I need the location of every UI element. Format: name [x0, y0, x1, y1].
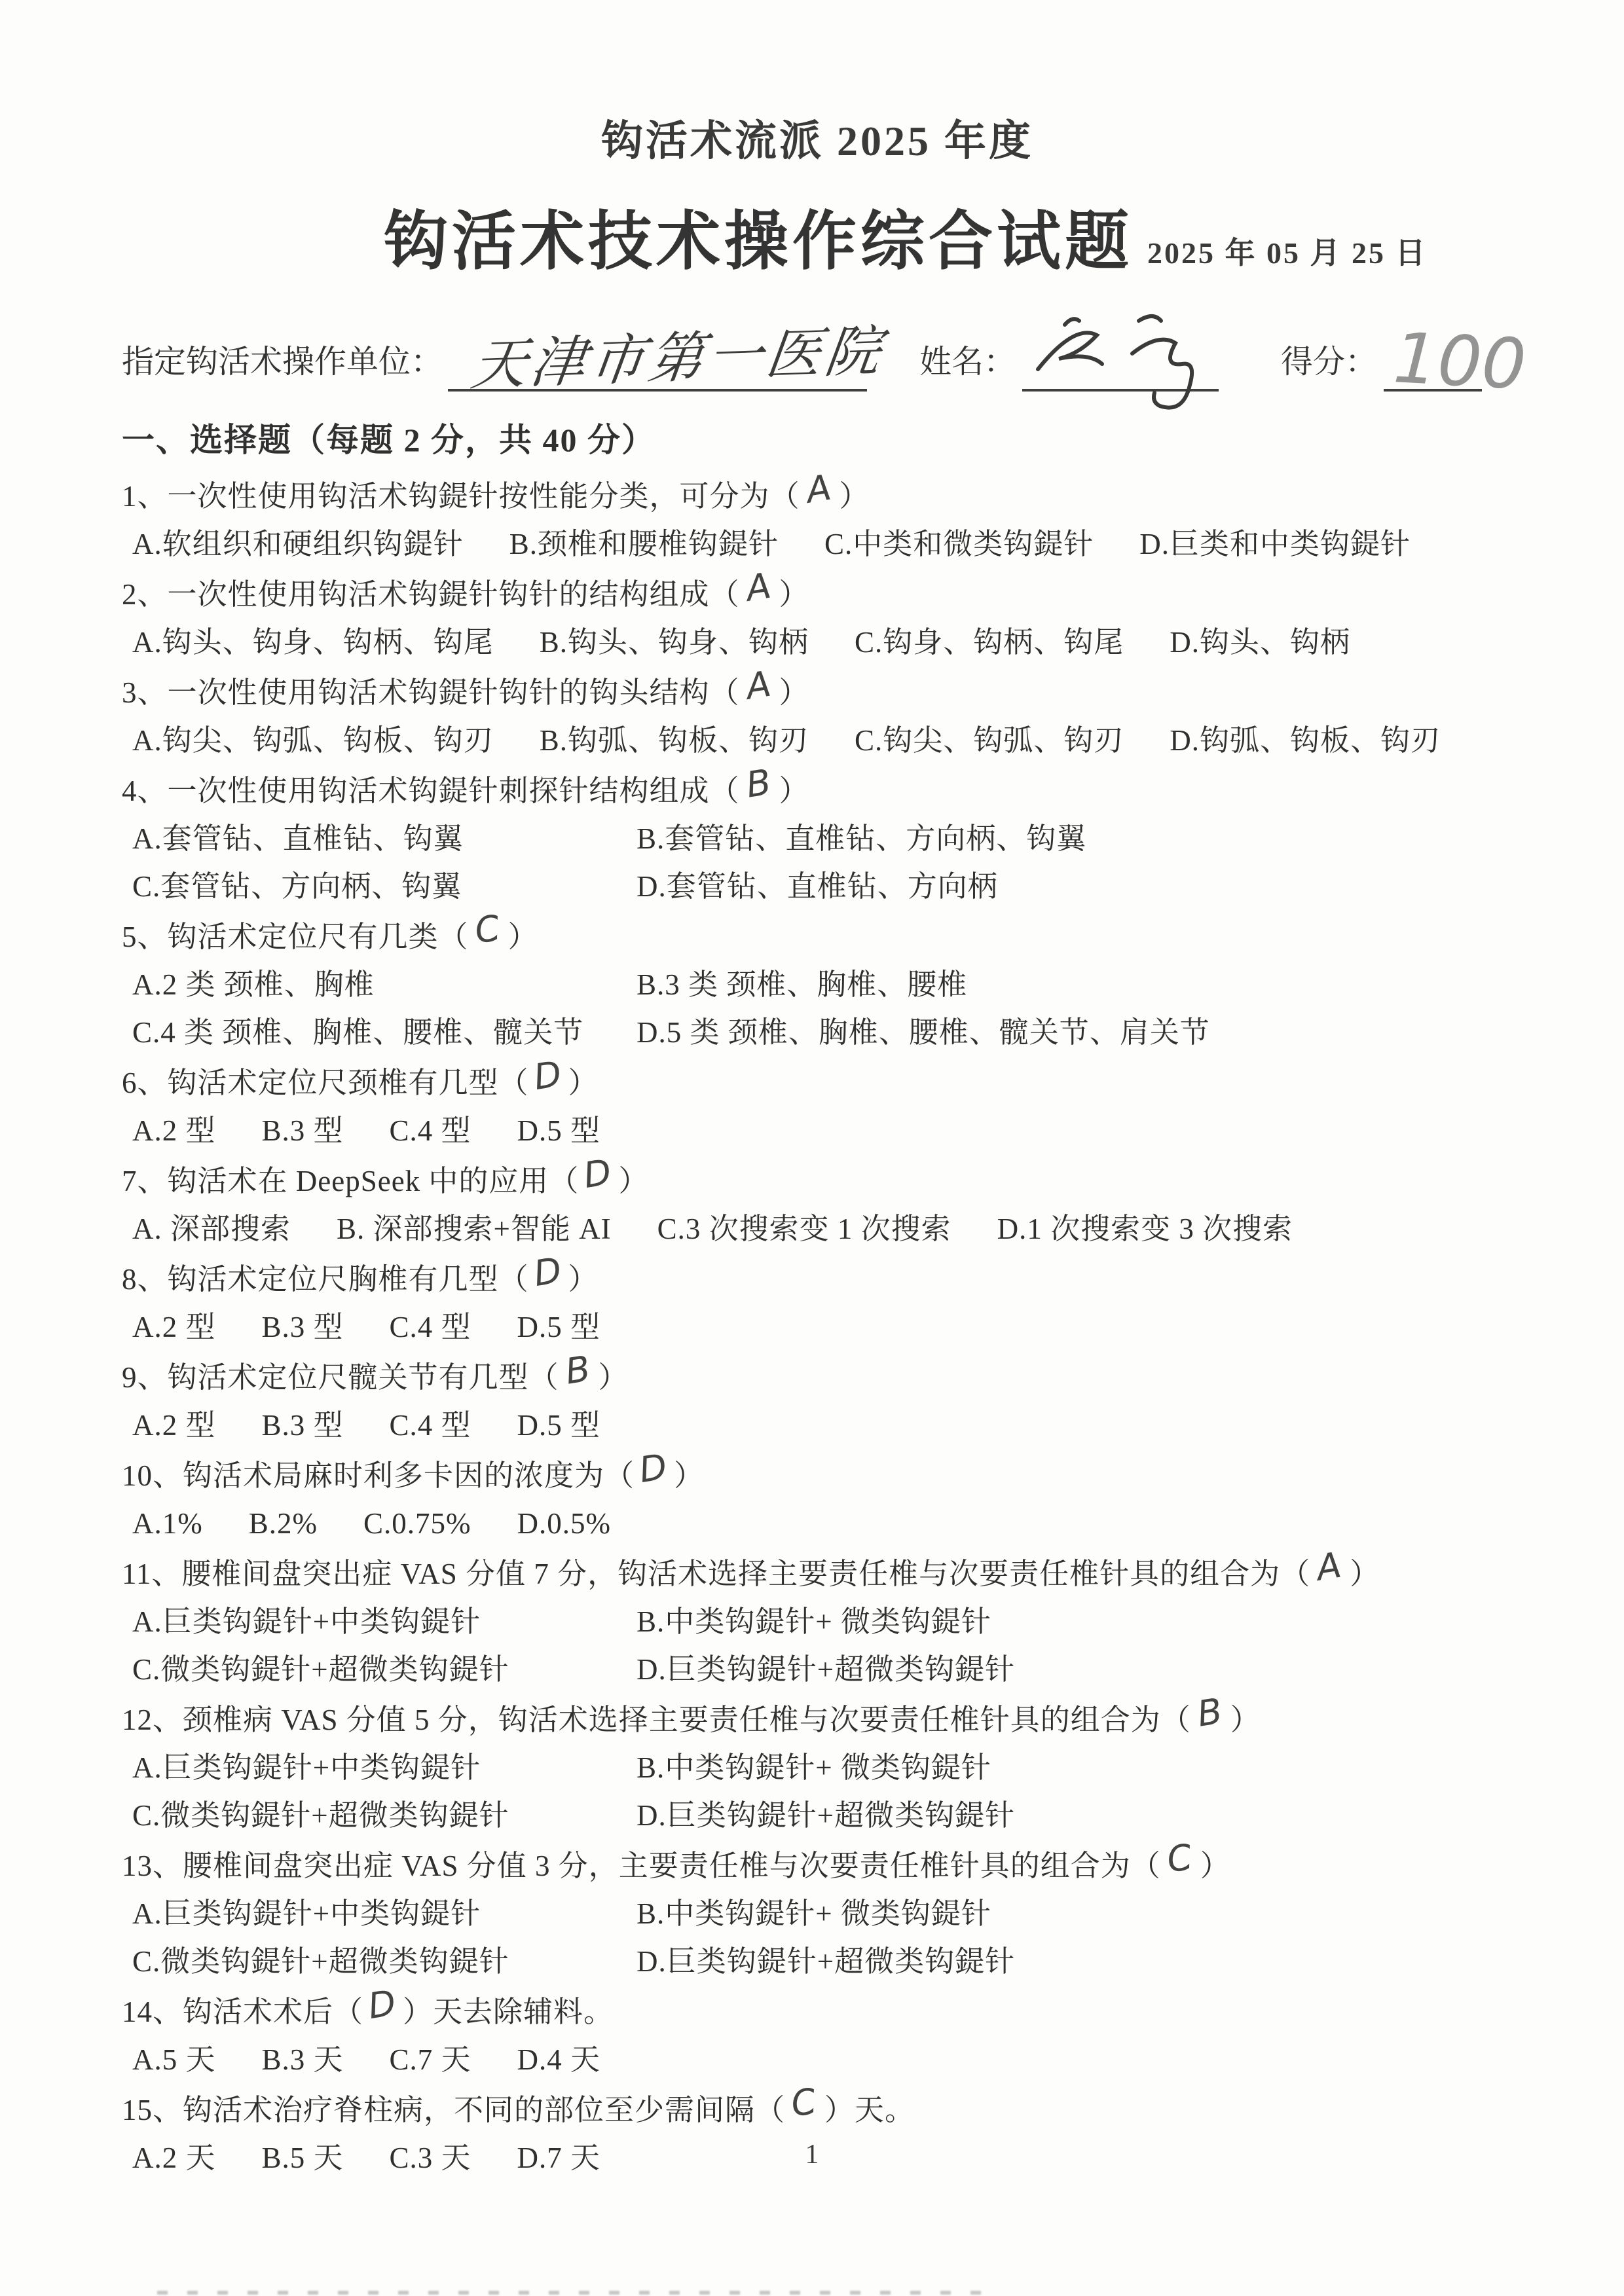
question-stem: 一次性使用钩活术钩鍉针钩针的结构组成（ [168, 578, 740, 611]
question-stem: 一次性使用钩活术钩鍉针按性能分类，可分为（ [168, 480, 800, 513]
option-row: A.1%B.2%C.0.75%D.0.5% [122, 1500, 1513, 1548]
question-number: 15、 [122, 2094, 183, 2126]
question-stem-line: 12、颈椎病 VAS 分值 5 分，钩活术选择主要责任椎与次要责任椎针具的组合为… [122, 1694, 1513, 1744]
option-row: A.钩尖、钩弧、钩板、钩刃B.钩弧、钩板、钩刃C.钩尖、钩弧、钩刃D.钩弧、钩板… [122, 717, 1513, 765]
exam-main-title: 钩活术技术操作综合试题 [384, 190, 1133, 282]
question-stem-line: 13、腰椎间盘突出症 VAS 分值 3 分，主要责任椎与次要责任椎针具的组合为（… [122, 1840, 1513, 1890]
question-number: 11、 [122, 1558, 181, 1590]
question-stem-line: 14、钩活术术后（D）天去除辅料。 [122, 1986, 1513, 2036]
question-stem-suffix: ） [779, 676, 809, 709]
question-item: 6、钩活术定位尺颈椎有几型（D） A.2 型B.3 型C.4 型D.5 型 [122, 1057, 1513, 1155]
option: A.5 天 [132, 2036, 216, 2084]
handwritten-answer: C [1156, 1832, 1203, 1885]
option: B.颈椎和腰椎钩鍉针 [509, 520, 779, 568]
question-item: 2、一次性使用钩活术钩鍉针钩针的结构组成（A） A.钩头、钩身、钩柄、钩尾B.钩… [122, 568, 1513, 666]
option-row: A.2 型B.3 型C.4 型D.5 型 [122, 1303, 1513, 1351]
question-number: 1、 [122, 480, 168, 513]
question-item: 1、一次性使用钩活术钩鍉针按性能分类，可分为（A） A.软组织和硬组织钩鍉针B.… [122, 470, 1513, 568]
question-stem: 钩活术治疗脊柱病，不同的部位至少需间隔（ [183, 2094, 785, 2126]
question-stem-line: 9、钩活术定位尺髋关节有几型（B） [122, 1351, 1513, 1402]
question-options: A.2 型B.3 型C.4 型D.5 型 [122, 1402, 1513, 1449]
question-stem: 钩活术局麻时利多卡因的浓度为（ [183, 1459, 635, 1492]
name-blank-line [1022, 333, 1219, 392]
question-number: 3、 [122, 676, 168, 709]
header-fields-row: 指定钩活术操作单位： 天津市第一医院 姓名： 得分： 100 [122, 313, 1513, 392]
question-stem-line: 15、钩活术治疗脊柱病，不同的部位至少需间隔（C）天。 [122, 2084, 1513, 2134]
question-number: 8、 [122, 1263, 168, 1296]
question-stem-suffix: ） [1230, 1704, 1261, 1736]
question-number: 2、 [122, 578, 168, 611]
question-number: 4、 [122, 774, 168, 807]
option: D.巨类和中类钩鍉针 [1139, 520, 1411, 568]
question-item: 3、一次性使用钩活术钩鍉针钩针的钩头结构（A） A.钩尖、钩弧、钩板、钩刃B.钩… [122, 666, 1513, 765]
question-item: 10、钩活术局麻时利多卡因的浓度为（D） A.1%B.2%C.0.75%D.0.… [122, 1449, 1513, 1548]
unit-label: 指定钩活术操作单位： [122, 333, 443, 392]
option: D.5 类 颈椎、胸椎、腰椎、髋关节、肩关节 [637, 1009, 1210, 1057]
option: D.套管钻、直椎钻、方向柄 [637, 863, 998, 911]
exam-date: 2025 年 05 月 25 日 [1147, 229, 1428, 272]
handwritten-answer: D [525, 1049, 571, 1102]
option: C.0.75% [363, 1500, 471, 1548]
handwritten-answer: A [796, 462, 842, 515]
option: A.巨类钩鍉针+中类钩鍉针 [132, 1744, 591, 1792]
option: B. 深部搜索+智能 AI [337, 1205, 612, 1253]
option: C.4 型 [390, 1303, 471, 1351]
handwritten-answer: A [735, 659, 782, 712]
option-row: A.巨类钩鍉针+中类钩鍉针B.中类钩鍉针+ 微类钩鍉针 [122, 1598, 1513, 1646]
question-number: 9、 [122, 1361, 168, 1394]
option: D.5 型 [517, 1402, 601, 1449]
question-item: 11、腰椎间盘突出症 VAS 分值 7 分，钩活术选择主要责任椎与次要责任椎针具… [122, 1548, 1513, 1694]
option: C.4 类 颈椎、胸椎、腰椎、髋关节 [132, 1009, 591, 1057]
question-number: 12、 [122, 1704, 183, 1736]
question-stem: 一次性使用钩活术钩鍉针刺探针结构组成（ [168, 774, 740, 807]
question-number: 10、 [122, 1459, 183, 1492]
question-stem-suffix: ） [779, 578, 809, 611]
option: D.1 次搜索变 3 次搜索 [997, 1205, 1293, 1253]
page-content: 钩活术流派 2025 年度 钩活术技术操作综合试题 2025 年 05 月 25… [122, 0, 1513, 2182]
score-label: 得分： [1281, 333, 1377, 392]
question-item: 9、钩活术定位尺髋关节有几型（B） A.2 型B.3 型C.4 型D.5 型 [122, 1351, 1513, 1449]
option: B.中类钩鍉针+ 微类钩鍉针 [637, 1598, 991, 1646]
handwritten-answer: B [1187, 1686, 1233, 1739]
option: B.3 型 [262, 1303, 344, 1351]
question-number: 6、 [122, 1066, 168, 1099]
next-page-bleed-line [157, 2291, 989, 2295]
option-row: A.套管钻、直椎钻、钩翼B.套管钻、直椎钻、方向柄、钩翼 [122, 815, 1513, 863]
handwritten-answer: D [525, 1245, 571, 1298]
option: D.巨类钩鍉针+超微类钩鍉针 [637, 1938, 1015, 1986]
question-stem-line: 7、钩活术在 DeepSeek 中的应用（D） [122, 1155, 1513, 1205]
option-row: A.2 型B.3 型C.4 型D.5 型 [122, 1402, 1513, 1449]
option: A.钩尖、钩弧、钩板、钩刃 [132, 717, 494, 765]
score-blank-line: 100 [1384, 333, 1482, 392]
question-stem-line: 5、钩活术定位尺有几类（C） [122, 911, 1513, 961]
name-signature [1029, 299, 1225, 429]
question-item: 12、颈椎病 VAS 分值 5 分，钩活术选择主要责任椎与次要责任椎针具的组合为… [122, 1694, 1513, 1840]
question-item: 14、钩活术术后（D）天去除辅料。 A.5 天B.3 天C.7 天D.4 天 [122, 1986, 1513, 2084]
option: B.3 型 [262, 1107, 344, 1155]
option-row: A.2 类 颈椎、胸椎B.3 类 颈椎、胸椎、腰椎 [122, 961, 1513, 1009]
option: C.微类钩鍉针+超微类钩鍉针 [132, 1792, 591, 1840]
question-stem: 钩活术在 DeepSeek 中的应用（ [168, 1165, 580, 1197]
option: A.1% [132, 1500, 203, 1548]
handwritten-answer: C [781, 2076, 827, 2129]
option: A. 深部搜索 [132, 1205, 291, 1253]
option: C.4 型 [390, 1402, 471, 1449]
question-options: A.巨类钩鍉针+中类钩鍉针B.中类钩鍉针+ 微类钩鍉针C.微类钩鍉针+超微类钩鍉… [122, 1598, 1513, 1694]
question-stem-suffix: ） [674, 1459, 704, 1492]
handwritten-answer: A [735, 560, 782, 613]
question-stem: 腰椎间盘突出症 VAS 分值 3 分，主要责任椎与次要责任椎针具的组合为（ [183, 1850, 1161, 1882]
question-item: 5、钩活术定位尺有几类（C） A.2 类 颈椎、胸椎B.3 类 颈椎、胸椎、腰椎… [122, 911, 1513, 1057]
option: A.2 型 [132, 1303, 216, 1351]
unit-handwriting: 天津市第一医院 [468, 306, 890, 401]
option-row: A.软组织和硬组织钩鍉针B.颈椎和腰椎钩鍉针C.中类和微类钩鍉针D.巨类和中类钩… [122, 520, 1513, 568]
question-stem-suffix: ） [779, 774, 809, 807]
question-stem-suffix: ） [508, 920, 538, 953]
section-heading: 一、选择题（每题 2 分，共 40 分） [122, 410, 1513, 470]
question-stem-line: 4、一次性使用钩活术钩鍉针刺探针结构组成（B） [122, 765, 1513, 815]
page-number: 1 [0, 2139, 1624, 2170]
question-stem: 腰椎间盘突出症 VAS 分值 7 分，钩活术选择主要责任椎与次要责任椎针具的组合… [181, 1558, 1310, 1590]
question-stem-suffix: ） [1200, 1850, 1230, 1882]
option-row: A.巨类钩鍉针+中类钩鍉针B.中类钩鍉针+ 微类钩鍉针 [122, 1744, 1513, 1792]
exam-paper-page: 钩活术流派 2025 年度 钩活术技术操作综合试题 2025 年 05 月 25… [0, 0, 1624, 2296]
question-stem-suffix: ） [599, 1361, 629, 1394]
question-stem: 钩活术定位尺髋关节有几型（ [168, 1361, 559, 1394]
question-number: 7、 [122, 1165, 168, 1197]
option: A.套管钻、直椎钻、钩翼 [132, 815, 591, 863]
question-stem: 钩活术术后（ [183, 1995, 363, 2028]
option: C.4 型 [390, 1107, 471, 1155]
question-stem-suffix: ） [568, 1066, 599, 1099]
option: D.巨类钩鍉针+超微类钩鍉针 [637, 1646, 1015, 1694]
handwritten-answer: D [359, 1978, 405, 2031]
option: D.钩弧、钩板、钩刃 [1170, 717, 1441, 765]
question-item: 8、钩活术定位尺胸椎有几型（D） A.2 型B.3 型C.4 型D.5 型 [122, 1253, 1513, 1351]
option: B.中类钩鍉针+ 微类钩鍉针 [637, 1744, 991, 1792]
question-stem-suffix: ） [618, 1165, 648, 1197]
option: D.巨类钩鍉针+超微类钩鍉针 [637, 1792, 1015, 1840]
option: C.套管钻、方向柄、钩翼 [132, 863, 591, 911]
option: C.7 天 [390, 2036, 471, 2084]
unit-blank-line: 天津市第一医院 [448, 333, 867, 392]
handwritten-answer: B [735, 757, 782, 810]
option-row: A.巨类钩鍉针+中类钩鍉针B.中类钩鍉针+ 微类钩鍉针 [122, 1890, 1513, 1938]
option: B.3 型 [262, 1402, 344, 1449]
question-stem-line: 6、钩活术定位尺颈椎有几型（D） [122, 1057, 1513, 1107]
option: D.钩头、钩柄 [1170, 619, 1350, 666]
option: A.软组织和硬组织钩鍉针 [132, 520, 464, 568]
option: A.巨类钩鍉针+中类钩鍉针 [132, 1598, 591, 1646]
question-options: A. 深部搜索B. 深部搜索+智能 AIC.3 次搜索变 1 次搜索D.1 次搜… [122, 1205, 1513, 1253]
option: B.套管钻、直椎钻、方向柄、钩翼 [637, 815, 1086, 863]
question-number: 5、 [122, 920, 168, 953]
option: C.微类钩鍉针+超微类钩鍉针 [132, 1646, 591, 1694]
question-options: A.软组织和硬组织钩鍉针B.颈椎和腰椎钩鍉针C.中类和微类钩鍉针D.巨类和中类钩… [122, 520, 1513, 568]
question-item: 13、腰椎间盘突出症 VAS 分值 3 分，主要责任椎与次要责任椎针具的组合为（… [122, 1840, 1513, 1986]
question-options: A.巨类钩鍉针+中类钩鍉针B.中类钩鍉针+ 微类钩鍉针C.微类钩鍉针+超微类钩鍉… [122, 1744, 1513, 1840]
handwritten-answer: B [555, 1343, 601, 1396]
question-options: A.2 型B.3 型C.4 型D.5 型 [122, 1303, 1513, 1351]
option: A.2 型 [132, 1402, 216, 1449]
exam-title-row: 钩活术技术操作综合试题 2025 年 05 月 25 日 [384, 190, 1513, 288]
question-stem: 钩活术定位尺胸椎有几型（ [168, 1263, 529, 1296]
question-options: A.1%B.2%C.0.75%D.0.5% [122, 1500, 1513, 1548]
question-stem-line: 2、一次性使用钩活术钩鍉针钩针的结构组成（A） [122, 568, 1513, 619]
question-stem-line: 8、钩活术定位尺胸椎有几型（D） [122, 1253, 1513, 1303]
name-label: 姓名： [919, 333, 1016, 392]
question-stem-suffix: ）天。 [824, 2094, 915, 2126]
question-stem-line: 3、一次性使用钩活术钩鍉针钩针的钩头结构（A） [122, 666, 1513, 717]
question-options: A.2 型B.3 型C.4 型D.5 型 [122, 1107, 1513, 1155]
question-options: A.2 类 颈椎、胸椎B.3 类 颈椎、胸椎、腰椎C.4 类 颈椎、胸椎、腰椎、… [122, 961, 1513, 1057]
question-stem-suffix: ） [568, 1263, 599, 1296]
question-options: A.钩尖、钩弧、钩板、钩刃B.钩弧、钩板、钩刃C.钩尖、钩弧、钩刃D.钩弧、钩板… [122, 717, 1513, 765]
option: B.3 天 [262, 2036, 344, 2084]
option: C.钩尖、钩弧、钩刃 [855, 717, 1124, 765]
option-row: C.4 类 颈椎、胸椎、腰椎、髋关节D.5 类 颈椎、胸椎、腰椎、髋关节、肩关节 [122, 1009, 1513, 1057]
question-options: A.钩头、钩身、钩柄、钩尾B.钩头、钩身、钩柄C.钩身、钩柄、钩尾D.钩头、钩柄 [122, 619, 1513, 666]
question-stem: 颈椎病 VAS 分值 5 分，钩活术选择主要责任椎与次要责任椎针具的组合为（ [183, 1704, 1191, 1736]
question-stem: 钩活术定位尺有几类（ [168, 920, 469, 953]
question-stem-suffix: ） [840, 480, 870, 513]
option: D.0.5% [517, 1500, 610, 1548]
option: A.2 类 颈椎、胸椎 [132, 961, 591, 1009]
option-row: A. 深部搜索B. 深部搜索+智能 AIC.3 次搜索变 1 次搜索D.1 次搜… [122, 1205, 1513, 1253]
question-stem-suffix: ） [1350, 1558, 1380, 1590]
option-row: C.微类钩鍉针+超微类钩鍉针D.巨类钩鍉针+超微类钩鍉针 [122, 1938, 1513, 1986]
option: D.5 型 [517, 1107, 601, 1155]
question-stem-line: 11、腰椎间盘突出症 VAS 分值 7 分，钩活术选择主要责任椎与次要责任椎针具… [122, 1548, 1513, 1598]
option: A.钩头、钩身、钩柄、钩尾 [132, 619, 494, 666]
question-item: 4、一次性使用钩活术钩鍉针刺探针结构组成（B） A.套管钻、直椎钻、钩翼B.套管… [122, 765, 1513, 911]
option: C.微类钩鍉针+超微类钩鍉针 [132, 1938, 591, 1986]
score-handwriting: 100 [1392, 318, 1528, 405]
question-item: 7、钩活术在 DeepSeek 中的应用（D） A. 深部搜索B. 深部搜索+智… [122, 1155, 1513, 1253]
question-stem: 一次性使用钩活术钩鍉针钩针的钩头结构（ [168, 676, 740, 709]
question-stem-suffix: ）天去除辅料。 [403, 1995, 614, 2028]
option-row: A.2 型B.3 型C.4 型D.5 型 [122, 1107, 1513, 1155]
question-options: A.巨类钩鍉针+中类钩鍉针B.中类钩鍉针+ 微类钩鍉针C.微类钩鍉针+超微类钩鍉… [122, 1890, 1513, 1986]
option: C.3 次搜索变 1 次搜索 [657, 1205, 951, 1253]
question-stem-line: 1、一次性使用钩活术钩鍉针按性能分类，可分为（A） [122, 470, 1513, 520]
question-stem-line: 10、钩活术局麻时利多卡因的浓度为（D） [122, 1449, 1513, 1500]
handwritten-answer: C [464, 903, 511, 956]
option: B.2% [249, 1500, 318, 1548]
option: B.3 类 颈椎、胸椎、腰椎 [637, 961, 967, 1009]
question-options: A.套管钻、直椎钻、钩翼B.套管钻、直椎钻、方向柄、钩翼C.套管钻、方向柄、钩翼… [122, 815, 1513, 911]
question-number: 14、 [122, 1995, 183, 2028]
handwritten-answer: A [1306, 1540, 1352, 1593]
option: C.中类和微类钩鍉针 [824, 520, 1094, 568]
option: C.钩身、钩柄、钩尾 [855, 619, 1124, 666]
option: B.中类钩鍉针+ 微类钩鍉针 [637, 1890, 991, 1938]
option-row: A.钩头、钩身、钩柄、钩尾B.钩头、钩身、钩柄C.钩身、钩柄、钩尾D.钩头、钩柄 [122, 619, 1513, 666]
handwritten-answer: D [630, 1442, 676, 1495]
option: A.巨类钩鍉针+中类钩鍉针 [132, 1890, 591, 1938]
option: D.4 天 [517, 2036, 601, 2084]
exam-year-title: 钩活术流派 2025 年度 [122, 110, 1513, 173]
option-row: C.套管钻、方向柄、钩翼D.套管钻、直椎钻、方向柄 [122, 863, 1513, 911]
option: A.2 型 [132, 1107, 216, 1155]
questions-container: 1、一次性使用钩活术钩鍉针按性能分类，可分为（A） A.软组织和硬组织钩鍉针B.… [122, 470, 1513, 2182]
option-row: C.微类钩鍉针+超微类钩鍉针D.巨类钩鍉针+超微类钩鍉针 [122, 1646, 1513, 1694]
option-row: C.微类钩鍉针+超微类钩鍉针D.巨类钩鍉针+超微类钩鍉针 [122, 1792, 1513, 1840]
question-number: 13、 [122, 1850, 183, 1882]
handwritten-answer: D [575, 1147, 621, 1200]
question-stem: 钩活术定位尺颈椎有几型（ [168, 1066, 529, 1099]
